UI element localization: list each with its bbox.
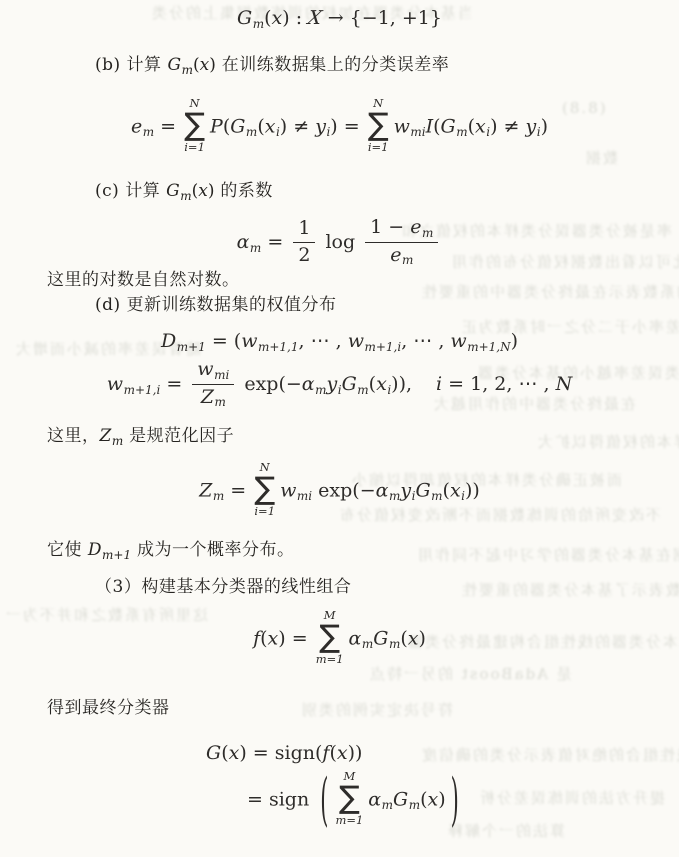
math-roman: = [224,480,252,502]
formula-normalization-factor: Zm = N∑i=1wmi exp(−αmyiGm(xi)) [0,463,679,520]
text-run: 的系数 [214,181,272,201]
math-variable: y [315,116,326,138]
math-subscript: m [246,125,257,139]
math-variable: G [167,55,181,75]
math-subscript: m [180,189,191,203]
math-roman: = sign [247,789,315,811]
math-roman: = [154,116,182,138]
math-variable: Z [201,386,214,408]
math-variable: w [450,330,466,352]
math-roman: ( [468,116,475,138]
math-variable: w [394,116,410,138]
formula-weight-update: wm+1,i = wmiZm exp(−αmyiGm(xi)),i = 1, 2… [0,359,679,411]
bleedthrough-text: 提升方法的训练误差分析 [478,787,665,808]
math-subscript: m [389,637,400,651]
probability-distribution-note: 它使 Dm+1 成为一个概率分布。 [47,538,295,567]
math-variable: D [88,540,102,560]
text-run: 在训练数据集上的分类误差率 [216,55,449,75]
natural-log-note: 这里的对数是自然对数。 [47,268,240,292]
text-run: 这里， [47,426,100,446]
math-variable: α [368,789,381,811]
formula-classification-error-rate: em = N∑i=1P(Gm(xi) ≠ yi) = N∑i=1wmiI(Gm(… [0,99,679,156]
math-subscript: m [431,489,442,503]
math-variable: I [426,116,434,138]
math-variable: w [197,358,213,380]
math-roman: exp(− [238,373,302,395]
math-subscript: m [402,253,413,267]
math-roman: ( [264,7,271,29]
math-subscript: m [422,226,433,240]
math-variable: x [450,480,461,502]
math-variable: G [237,7,252,29]
math-variable: α [302,373,315,395]
math-variable: Z [199,480,212,502]
math-roman: ) ≠ [490,116,525,138]
math-subscript: m+1 [102,548,131,562]
math-subscript: m [456,125,467,139]
math-roman: → {−1, +1} [322,7,442,29]
math-roman: ( [433,116,440,138]
math-subscript: mi [214,368,229,382]
math-roman: ( [420,789,427,811]
math-subscript: m [389,489,400,503]
math-roman: ) [209,55,216,75]
formula-final-classifier-line1: G(x) = sign(f(x)) [206,742,362,764]
math-variable: G [230,116,245,138]
math-variable: G [342,373,357,395]
bleedthrough-text: 线性组合的绝对值表示分类的确信度 [420,744,679,765]
math-variable: x [265,116,276,138]
math-roman: 2 [298,244,310,266]
math-variable: x [376,373,387,395]
text-run: （3）构建基本分类器的线性组合 [95,577,351,597]
math-variable: D [161,330,176,352]
math-roman: ( [193,55,200,75]
math-roman: ( [443,480,450,502]
math-roman: ) [438,789,445,811]
math-variable: x [428,789,439,811]
text-run: (c) 计算 [95,181,166,201]
formula-linear-combination: f(x) = M∑m=1αmGm(x) [0,611,679,668]
math-variable: w [107,373,123,395]
math-subscript: m [362,637,373,651]
formula-alpha-coefficient: αm = 12 log 1 − emem [0,217,679,269]
math-variable: x [475,116,486,138]
math-variable: y [400,480,411,502]
math-subscript: m [253,17,264,31]
bleedthrough-text: 符号决定实例的类别 [300,699,453,720]
math-roman: log [319,231,361,253]
math-subscript: m [182,63,193,77]
fraction: 12 [293,217,315,268]
math-variable: α [237,231,250,253]
book-page: 当基本分类器在加权的训练数据集上的分类 (8.8) 数据 率是被分类器误分类样本… [0,0,679,857]
math-roman: ) [419,628,426,650]
math-roman: ( [400,628,407,650]
math-subscript: m+1,N [467,340,510,354]
formula-base-classifier-mapping: Gm(x) : X → {−1, +1} [0,7,679,31]
math-roman: = [261,231,289,253]
math-subscript: m [357,383,368,397]
summation-symbol: M∑m=1 [335,770,363,827]
bleedthrough-text: 的系数表示在最终分类器中的重要性 [420,281,679,302]
text-run: 成为一个概率分布。 [131,540,294,560]
math-roman: 1 − [370,216,410,238]
bleedthrough-text: 系数表示了基本分类器的重要性 [460,579,679,600]
math-variable: G [373,628,388,650]
formula-final-classifier-line2: = sign (M∑m=1αmGm(x)) [247,772,464,829]
step-d-label: (d) 更新训练数据集的权值分布 [95,293,337,317]
math-variable: x [229,742,240,764]
math-variable: w [280,480,296,502]
step-c-label: (c) 计算 Gm(x) 的系数 [95,179,273,208]
math-roman: ) = [330,116,365,138]
math-variable: x [337,742,348,764]
math-roman: exp(− [312,480,376,502]
math-roman: ( [329,742,336,764]
math-subscript: m [250,241,261,255]
summation-symbol: N∑i=1 [254,461,275,518]
math-roman: ) = [278,628,313,650]
math-roman: ) : [282,7,308,29]
math-variable: N [556,373,573,395]
bleedthrough-text: 被基本分类器误分类样本的权值得以扩大 [536,431,679,452]
math-subscript: m [214,395,225,409]
text-run: 这里的对数是自然对数。 [47,270,240,290]
math-roman: ( [221,742,228,764]
math-roman: )) [465,480,480,502]
math-roman: = [160,373,188,395]
text-run: (d) 更新训练数据集的权值分布 [95,295,337,315]
math-variable: G [441,116,456,138]
math-variable: G [415,480,430,502]
step-3-label: （3）构建基本分类器的线性组合 [95,575,351,599]
bleedthrough-text: 使训练数据在基本分类器的学习中起不同作用 [416,544,679,565]
math-subscript: m+1 [177,340,206,354]
math-subscript: m+1,i [124,383,161,397]
math-roman: ) [511,330,518,352]
math-roman: ) = sign( [239,742,322,764]
text-run: 它使 [47,540,88,560]
math-variable: w [241,330,257,352]
math-subscript: m+1,1 [258,340,299,354]
math-roman: = 1, 2, ⋯ , [442,373,555,395]
math-variable: α [349,628,362,650]
math-variable: x [200,55,210,75]
math-variable: e [390,244,401,266]
math-roman: ( [260,628,267,650]
normalization-factor-note: 这里，Zm 是规范化因子 [47,424,234,453]
math-subscript: m+1,i [364,340,401,354]
fraction: wmiZm [192,358,234,410]
math-variable: α [376,480,389,502]
math-variable: w [348,330,364,352]
math-subscript: m [409,798,420,812]
math-variable: G [166,181,180,201]
math-variable: e [131,116,142,138]
math-roman: , ⋯ , [299,330,348,352]
math-variable: y [327,373,338,395]
math-variable: P [210,116,223,138]
math-roman: ( [257,116,264,138]
math-roman: )) [348,742,363,764]
text-run: 得到最终分类器 [47,698,170,718]
math-variable: Z [100,426,112,446]
final-classifier-note: 得到最终分类器 [47,696,170,720]
math-variable: e [410,216,421,238]
math-subscript: m [382,798,393,812]
math-subscript: m [112,434,123,448]
fraction: 1 − emem [365,216,438,268]
math-subscript: m [315,383,326,397]
math-variable: x [272,7,283,29]
math-variable: x [268,628,279,650]
math-variable: x [408,628,419,650]
math-subscript: mi [410,125,425,139]
math-roman: )), [391,373,412,395]
text-run: (b) 计算 [95,55,167,75]
summation-symbol: M∑m=1 [316,609,344,666]
math-subscript: m [213,489,224,503]
math-subscript: m [143,125,154,139]
math-roman: ( [369,373,376,395]
step-b-label: (b) 计算 Gm(x) 在训练数据集上的分类误差率 [95,53,449,82]
math-roman: 1 [298,217,310,239]
math-variable: G [206,742,221,764]
math-subscript: mi [297,489,312,503]
math-variable: x [198,181,208,201]
formula-weight-distribution: Dm+1 = (wm+1,1, ⋯ , wm+1,i, ⋯ , wm+1,N) [0,330,679,354]
summation-symbol: N∑i=1 [184,97,205,154]
math-roman: ) [541,116,548,138]
math-roman: = ( [206,330,241,352]
summation-symbol: N∑i=1 [368,97,389,154]
math-variable: y [526,116,537,138]
text-run: 是规范化因子 [123,426,234,446]
big-paren-symbol: ) [451,768,459,833]
math-roman: ) ≠ [280,116,315,138]
math-variable: G [393,789,408,811]
math-roman: , ⋯ , [401,330,450,352]
big-paren-symbol: ( [320,768,328,833]
